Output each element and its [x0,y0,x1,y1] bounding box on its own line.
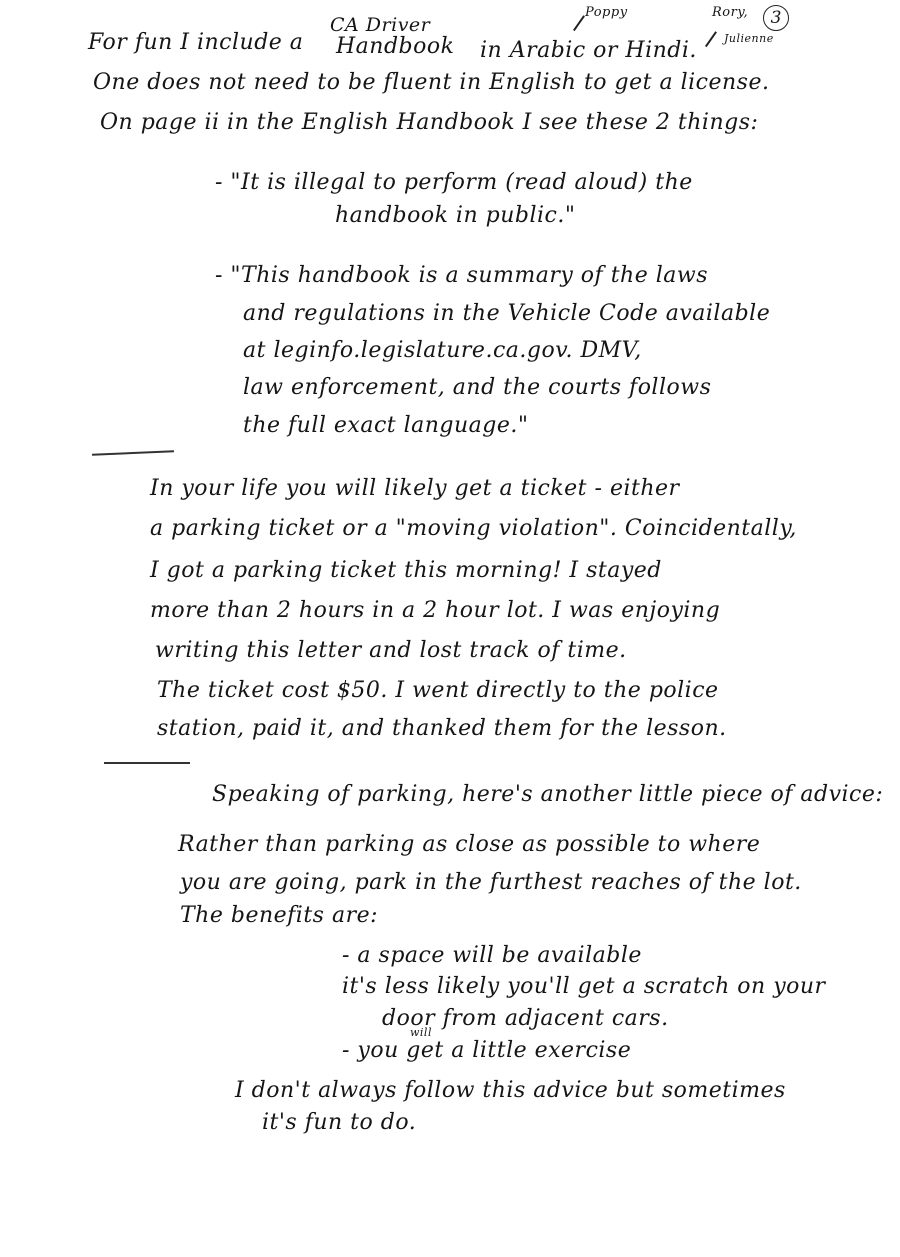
note-poppy: Poppy [585,6,628,19]
ticket-line1: In your life you will likely get a ticke… [150,478,680,500]
quote1-line2: handbook in public." [335,205,575,227]
intro-line1-start: For fun I include a [88,32,303,54]
ticket-line7: station, paid it, and thanked them for t… [157,718,727,740]
note-julienne: Julienne [724,33,774,44]
closing-line2: it's fun to do. [262,1112,416,1134]
intro-line2: One does not need to be fluent in Englis… [93,72,769,94]
insert-caret-julienne [705,31,717,47]
ticket-line3: I got a parking ticket this morning! I s… [150,560,662,582]
benefit-1: - a space will be available [342,945,642,967]
ticket-line2: a parking ticket or a "moving violation"… [150,518,797,540]
quote2-line2: and regulations in the Vehicle Code avai… [243,303,770,325]
quote1-line1: - "It is illegal to perform (read aloud)… [215,172,693,194]
intro-line1-word: Handbook [336,36,454,58]
letter-page: Poppy Rory, Julienne 3 For fun I include… [0,0,900,1257]
benefit-3-insert-will: will [410,1027,432,1038]
quote2-line3: at leginfo.legislature.ca.gov. DMV, [243,340,642,362]
advice-line1: Rather than parking as close as possible… [178,834,760,856]
quote2-line1: - "This handbook is a summary of the law… [215,265,708,287]
benefit-3: - you get a little exercise [342,1040,631,1062]
advice-line3: The benefits are: [180,905,378,927]
advice-intro: Speaking of parking, here's another litt… [212,784,883,806]
closing-line1: I don't always follow this advice but so… [235,1080,786,1102]
page-number-circle: 3 [763,5,789,31]
advice-line2: you are going, park in the furthest reac… [180,872,802,894]
insert-caret-poppy [573,15,585,31]
section-divider [92,450,174,455]
ticket-line4: more than 2 hours in a 2 hour lot. I was… [150,600,720,622]
note-rory: Rory, [712,6,748,19]
quote2-line5: the full exact language." [243,415,529,437]
ticket-line5: writing this letter and lost track of ti… [155,640,627,662]
intro-insert-ca-driver: CA Driver [330,16,430,35]
quote2-line4: law enforcement, and the courts follows [243,377,711,399]
ticket-line6: The ticket cost $50. I went directly to … [157,680,719,702]
section-divider [104,762,190,764]
page-number: 3 [771,8,782,28]
intro-line3: On page ii in the English Handbook I see… [100,112,758,134]
intro-line1-end: in Arabic or Hindi. [480,40,697,62]
benefit-2: it's less likely you'll get a scratch on… [342,976,826,998]
